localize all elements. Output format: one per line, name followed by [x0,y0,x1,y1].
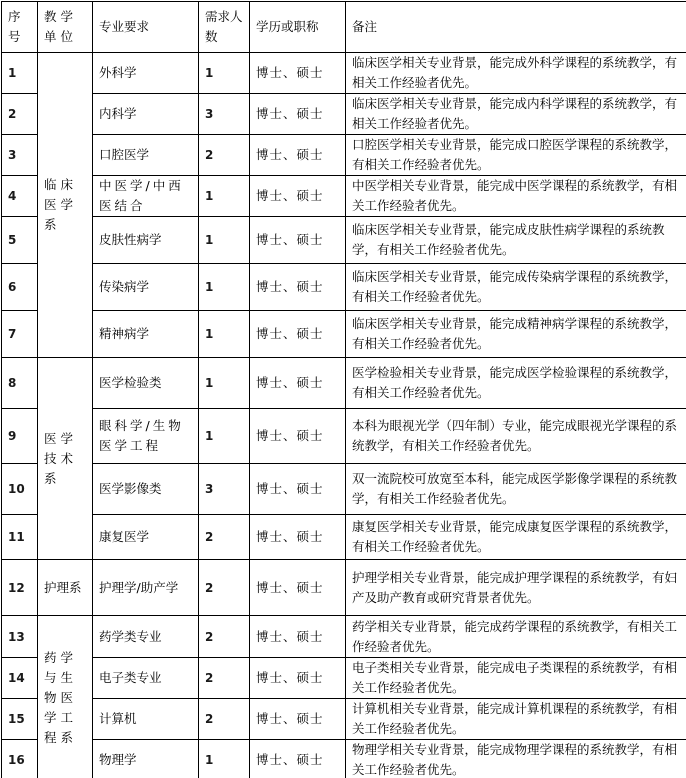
row-major: 口腔医学 [93,135,199,176]
row-major: 计算机 [93,699,199,740]
row-major: 外科学 [93,53,199,94]
row-degree: 博士、硕士 [250,699,346,740]
row-degree: 博士、硕士 [250,176,346,217]
row-degree: 博士、硕士 [250,311,346,358]
header-major: 专业要求 [93,2,199,53]
row-count: 3 [199,94,250,135]
row-note: 计算机相关专业背景，能完成计算机课程的系统教学，有相关工作经验者优先。 [346,699,686,740]
row-major: 中医学/中西医结合 [93,176,199,217]
row-degree: 博士、硕士 [250,560,346,616]
row-degree: 博士、硕士 [250,94,346,135]
table-row: 15 计算机 2 博士、硕士 计算机相关专业背景，能完成计算机课程的系统教学，有… [2,699,686,740]
row-degree: 博士、硕士 [250,409,346,464]
row-seq: 2 [2,94,38,135]
table-row: 2 内科学 3 博士、硕士 临床医学相关专业背景，能完成内科学课程的系统教学，有… [2,94,686,135]
row-seq: 10 [2,464,38,515]
unit-nursing: 护理系 [38,560,93,616]
row-count: 2 [199,515,250,560]
unit-clinical: 临床医学系 [38,53,93,358]
row-seq: 3 [2,135,38,176]
row-seq: 11 [2,515,38,560]
row-major: 眼科学/生物医学工程 [93,409,199,464]
row-degree: 博士、硕士 [250,740,346,778]
row-degree: 博士、硕士 [250,53,346,94]
row-note: 临床医学相关专业背景，能完成皮肤性病学课程的系统教学，有相关工作经验者优先。 [346,217,686,264]
table-row: 3 口腔医学 2 博士、硕士 口腔医学相关专业背景，能完成口腔医学课程的系统教学… [2,135,686,176]
table-row: 8 医学技术系 医学检验类 1 博士、硕士 医学检验相关专业背景，能完成医学检验… [2,358,686,409]
row-note: 临床医学相关专业背景，能完成内科学课程的系统教学，有相关工作经验者优先。 [346,94,686,135]
table-row: 10 医学影像类 3 博士、硕士 双一流院校可放宽至本科，能完成医学影像学课程的… [2,464,686,515]
unit-pharma: 药学与生物医学工程系 [38,616,93,778]
row-count: 1 [199,311,250,358]
table-row: 14 电子类专业 2 博士、硕士 电子类相关专业背景，能完成电子类课程的系统教学… [2,658,686,699]
unit-medtech: 医学技术系 [38,358,93,560]
row-seq: 16 [2,740,38,778]
row-seq: 8 [2,358,38,409]
row-degree: 博士、硕士 [250,658,346,699]
row-degree: 博士、硕士 [250,515,346,560]
row-count: 1 [199,217,250,264]
row-seq: 9 [2,409,38,464]
row-degree: 博士、硕士 [250,264,346,311]
row-degree: 博士、硕士 [250,464,346,515]
row-count: 1 [199,409,250,464]
row-degree: 博士、硕士 [250,217,346,264]
row-note: 口腔医学相关专业背景，能完成口腔医学课程的系统教学，有相关工作经验者优先。 [346,135,686,176]
row-seq: 4 [2,176,38,217]
header-count: 需求人数 [199,2,250,53]
row-note: 康复医学相关专业背景，能完成康复医学课程的系统教学，有相关工作经验者优先。 [346,515,686,560]
header-seq: 序号 [2,2,38,53]
row-count: 1 [199,53,250,94]
row-major: 电子类专业 [93,658,199,699]
row-note: 双一流院校可放宽至本科，能完成医学影像学课程的系统教学，有相关工作经验者优先。 [346,464,686,515]
row-degree: 博士、硕士 [250,616,346,658]
row-note: 药学相关专业背景，能完成药学课程的系统教学，有相关工作经验者优先。 [346,616,686,658]
table-row: 11 康复医学 2 博士、硕士 康复医学相关专业背景，能完成康复医学课程的系统教… [2,515,686,560]
row-seq: 14 [2,658,38,699]
table-row: 16 物理学 1 博士、硕士 物理学相关专业背景，能完成物理学课程的系统教学，有… [2,740,686,778]
row-seq: 5 [2,217,38,264]
row-note: 临床医学相关专业背景，能完成精神病学课程的系统教学，有相关工作经验者优先。 [346,311,686,358]
row-degree: 博士、硕士 [250,358,346,409]
header-note: 备注 [346,2,686,53]
row-major: 护理学/助产学 [93,560,199,616]
table-row: 1 临床医学系 外科学 1 博士、硕士 临床医学相关专业背景，能完成外科学课程的… [2,53,686,94]
row-major: 医学影像类 [93,464,199,515]
row-count: 2 [199,135,250,176]
row-major: 药学类专业 [93,616,199,658]
row-note: 本科为眼视光学（四年制）专业，能完成眼视光学课程的系统教学，有相关工作经验者优先… [346,409,686,464]
table-row: 9 眼科学/生物医学工程 1 博士、硕士 本科为眼视光学（四年制）专业，能完成眼… [2,409,686,464]
row-seq: 1 [2,53,38,94]
row-major: 传染病学 [93,264,199,311]
row-count: 2 [199,699,250,740]
row-seq: 12 [2,560,38,616]
row-count: 2 [199,616,250,658]
header-degree: 学历或职称 [250,2,346,53]
row-note: 物理学相关专业背景，能完成物理学课程的系统教学，有相关工作经验者优先。 [346,740,686,778]
table-row: 7 精神病学 1 博士、硕士 临床医学相关专业背景，能完成精神病学课程的系统教学… [2,311,686,358]
recruitment-table: 序号 教学单位 专业要求 需求人数 学历或职称 备注 1 临床医学系 外科学 1… [1,1,686,778]
row-seq: 6 [2,264,38,311]
row-count: 2 [199,560,250,616]
row-count: 1 [199,264,250,311]
row-note: 中医学相关专业背景，能完成中医学课程的系统教学，有相关工作经验者优先。 [346,176,686,217]
row-major: 精神病学 [93,311,199,358]
row-degree: 博士、硕士 [250,135,346,176]
row-count: 1 [199,176,250,217]
table-row: 13 药学与生物医学工程系 药学类专业 2 博士、硕士 药学相关专业背景，能完成… [2,616,686,658]
row-note: 电子类相关专业背景，能完成电子类课程的系统教学，有相关工作经验者优先。 [346,658,686,699]
row-note: 护理学相关专业背景，能完成护理学课程的系统教学，有妇产及助产教育或研究背景者优先… [346,560,686,616]
row-major: 物理学 [93,740,199,778]
row-seq: 13 [2,616,38,658]
row-count: 1 [199,358,250,409]
row-count: 2 [199,658,250,699]
row-note: 临床医学相关专业背景，能完成传染病学课程的系统教学，有相关工作经验者优先。 [346,264,686,311]
row-major: 皮肤性病学 [93,217,199,264]
row-seq: 7 [2,311,38,358]
row-seq: 15 [2,699,38,740]
table-row: 6 传染病学 1 博士、硕士 临床医学相关专业背景，能完成传染病学课程的系统教学… [2,264,686,311]
row-count: 1 [199,740,250,778]
row-note: 临床医学相关专业背景，能完成外科学课程的系统教学，有相关工作经验者优先。 [346,53,686,94]
table-row: 5 皮肤性病学 1 博士、硕士 临床医学相关专业背景，能完成皮肤性病学课程的系统… [2,217,686,264]
header-unit: 教学单位 [38,2,93,53]
table-row: 12 护理系 护理学/助产学 2 博士、硕士 护理学相关专业背景，能完成护理学课… [2,560,686,616]
header-row: 序号 教学单位 专业要求 需求人数 学历或职称 备注 [2,2,686,53]
table-row: 4 中医学/中西医结合 1 博士、硕士 中医学相关专业背景，能完成中医学课程的系… [2,176,686,217]
row-major: 内科学 [93,94,199,135]
row-major: 康复医学 [93,515,199,560]
row-count: 3 [199,464,250,515]
row-note: 医学检验相关专业背景，能完成医学检验课程的系统教学，有相关工作经验者优先。 [346,358,686,409]
row-major: 医学检验类 [93,358,199,409]
